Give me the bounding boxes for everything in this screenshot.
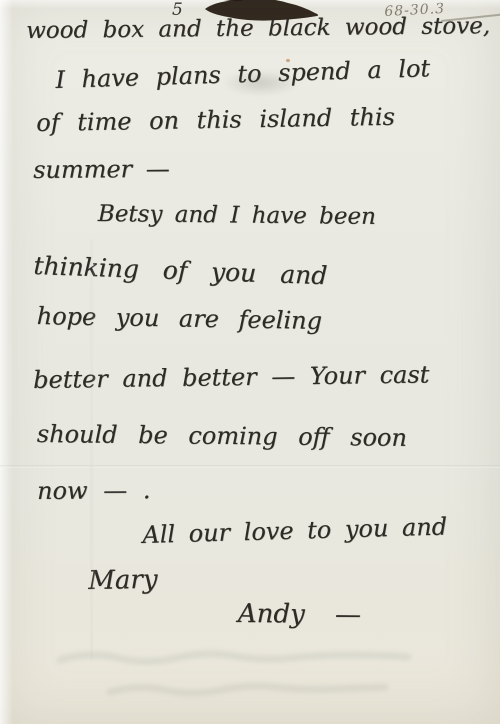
fold-crease-vertical (91, 240, 95, 660)
letter-line: of time on this island this (36, 103, 395, 137)
bleed-through-ghost-text (0, 640, 500, 724)
signature-line: Andy — (238, 599, 361, 630)
letter-line: hope you are feeling (37, 302, 323, 335)
rust-speck (286, 59, 290, 62)
letter-line: Mary (88, 565, 158, 596)
letter-line: wood box and the black wood stove, (26, 13, 490, 44)
paper-edge-highlight-left (0, 0, 13, 724)
letter-page: 5 68-30.3 wood box and the black wood st… (0, 0, 500, 724)
ink-smudge (222, 70, 300, 96)
letter-line: summer — (33, 155, 170, 184)
fold-crease-horizontal (0, 465, 500, 468)
letter-line: thinking of you and (33, 251, 328, 290)
letter-line: Betsy and I have been (98, 201, 376, 230)
letter-line: All our love to you and (142, 512, 447, 548)
